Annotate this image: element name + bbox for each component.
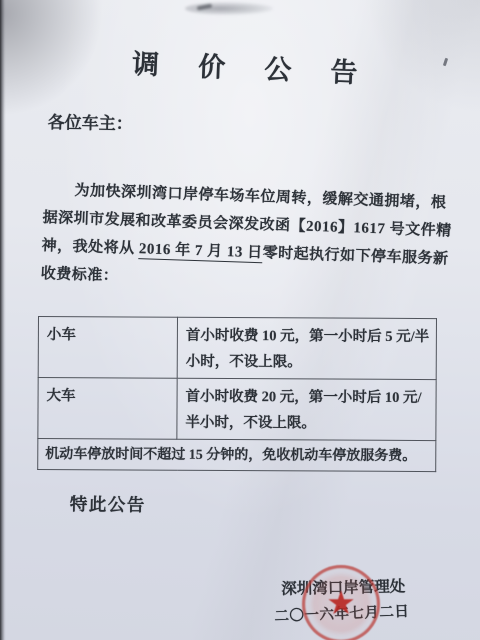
vehicle-type-cell: 大车 — [38, 378, 177, 440]
greeting-line: 各位车主： — [48, 108, 133, 134]
fee-cell: 首小时收费 20 元，第一小时后 10 元/半小时，不设上限。 — [177, 378, 436, 440]
notice-body: 为加快深圳湾口岸停车场车位周转，缓解交通拥堵，根 据深圳市发展和改革委员会深发改… — [40, 176, 453, 302]
star-icon: ★ — [326, 586, 356, 619]
vehicle-type-cell: 小车 — [38, 317, 177, 379]
table-row-large-car: 大车 首小时收费 20 元，第一小时后 10 元/半小时，不设上限。 — [38, 378, 436, 441]
body-line-3-pre: 神，我处将从 — [41, 238, 139, 257]
page-title: 调价公告 — [131, 42, 397, 92]
notice-photo: 调价公告 各位车主： 为加快深圳湾口岸停车场车位周转，缓解交通拥堵，根 据深圳市… — [0, 0, 480, 640]
free-period-note: 机动车停放时间不超过 15 分钟的，免收机动车停放服务费。 — [38, 439, 436, 472]
smudge-mark — [185, 2, 273, 15]
body-line-3-post: 零时起执行如下停车服务新 — [262, 245, 448, 267]
table-row-footnote: 机动车停放时间不超过 15 分钟的，免收机动车停放服务费。 — [38, 439, 436, 472]
paper-left-edge-shadow — [0, 0, 6, 640]
effective-date: 2016 年 7 月 13 日 — [139, 241, 263, 263]
closing-line: 特此公告 — [70, 491, 146, 517]
ink-speck — [443, 58, 448, 67]
fee-cell: 首小时收费 10 元，第一小时后 5 元/半小时，不设上限。 — [177, 317, 436, 379]
official-seal: ★ — [302, 565, 380, 640]
fee-table: 小车 首小时收费 10 元，第一小时后 5 元/半小时，不设上限。 大车 首小时… — [37, 316, 437, 472]
table-row-small-car: 小车 首小时收费 10 元，第一小时后 5 元/半小时，不设上限。 — [38, 317, 436, 380]
